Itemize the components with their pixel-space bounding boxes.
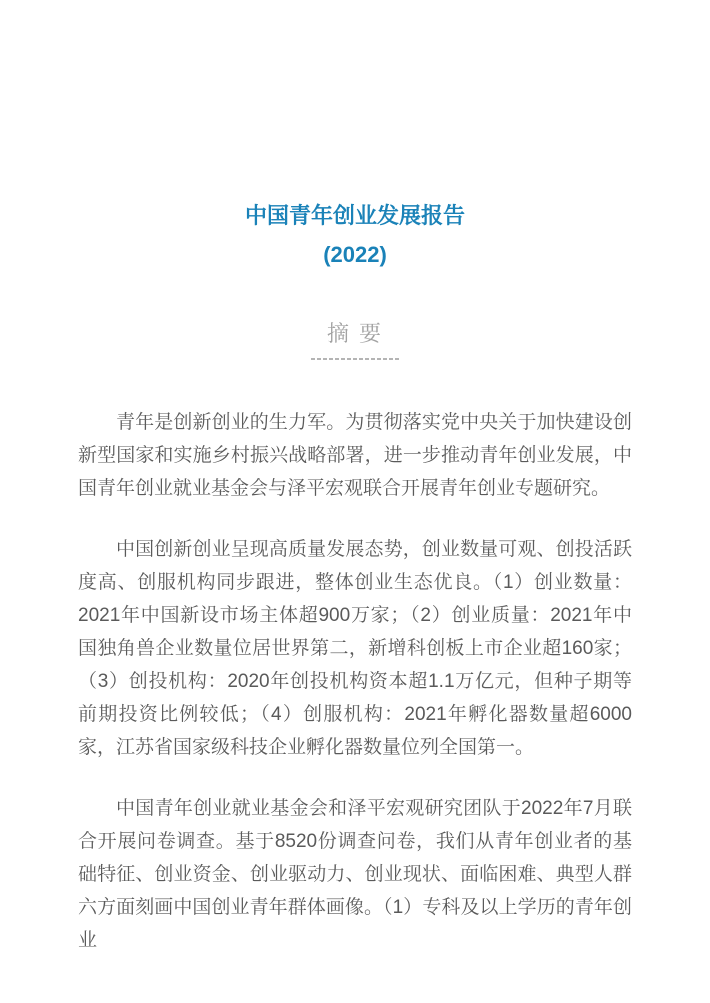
document-page: 中国青年创业发展报告 (2022) 摘 要 青年是创新创业的生力军。为贯彻落实党…: [0, 0, 710, 1003]
paragraph-survey: 中国青年创业就业基金会和泽平宏观研究团队于2022年7月联合开展问卷调查。基于8…: [78, 792, 632, 957]
report-title: 中国青年创业发展报告: [78, 196, 632, 235]
page-content: 中国青年创业发展报告 (2022) 摘 要 青年是创新创业的生力军。为贯彻落实党…: [78, 0, 632, 957]
report-title-block: 中国青年创业发展报告 (2022): [78, 196, 632, 274]
abstract-body: 青年是创新创业的生力军。为贯彻落实党中央关于加快建设创新型国家和实施乡村振兴战略…: [78, 406, 632, 957]
abstract-heading: 摘 要: [78, 320, 632, 348]
abstract-divider: [311, 358, 399, 360]
paragraph-intro: 青年是创新创业的生力军。为贯彻落实党中央关于加快建设创新型国家和实施乡村振兴战略…: [78, 406, 632, 505]
paragraph-ecosystem: 中国创新创业呈现高质量发展态势，创业数量可观、创投活跃度高、创服机构同步跟进，整…: [78, 533, 632, 764]
report-year: (2022): [78, 235, 632, 274]
